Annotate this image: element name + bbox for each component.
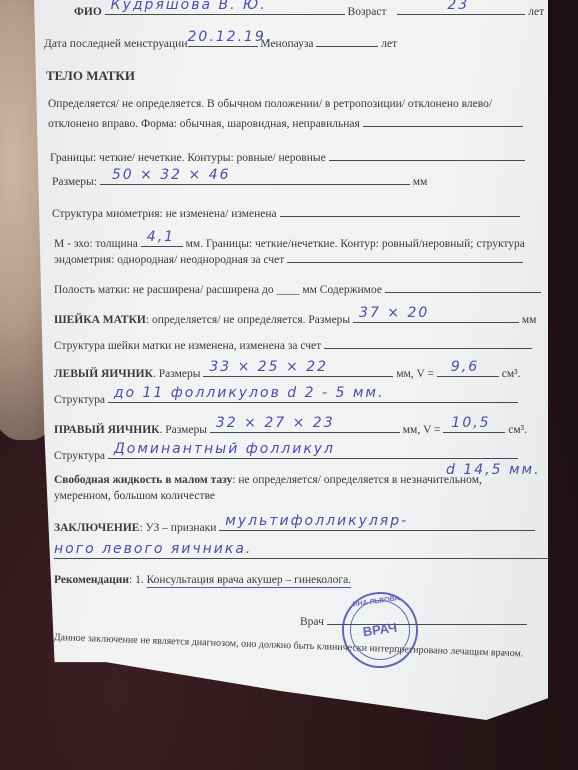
left-ovary-volume-value: 9,6 (451, 359, 479, 375)
uterus-borders-row: Границы: четкие/ нечеткие. Контуры: ровн… (50, 148, 548, 164)
menopause-unit: лет (381, 38, 397, 50)
conclusion-row2: ного левого яичника. (54, 546, 548, 562)
conclusion-label: ЗАКЛЮЧЕНИЕ (54, 522, 139, 534)
cavity-text: Полость матки: не расширена/ расширена д… (54, 284, 382, 296)
uterus-borders-text: Границы: четкие/ нечеткие. Контуры: ровн… (50, 152, 326, 164)
conclusion-field[interactable]: мультифолликуляр- (219, 518, 535, 531)
uterus-position-line1: Определяется/ не определяется. В обычном… (48, 98, 548, 110)
uterus-size-label: Размеры: (52, 176, 97, 188)
disclaimer: Данное заключение не является диагнозом,… (54, 632, 548, 660)
left-ovary-row: ЛЕВЫЙ ЯИЧНИК. Размеры 33 × 25 × 22 мм, V… (54, 364, 548, 380)
m-echo-value: 4,1 (147, 229, 175, 245)
right-ovary-structure-row: Структура Доминантный фолликул (54, 446, 548, 462)
right-ovary-title: ПРАВЫЙ ЯИЧНИК (54, 424, 160, 436)
cavity-row: Полость матки: не расширена/ расширена д… (54, 280, 548, 296)
uterus-size-unit: мм (413, 176, 428, 188)
endometrium-row: эндометрия: однородная/ неоднородная за … (54, 250, 548, 266)
age-field[interactable]: 23 (397, 2, 525, 15)
free-fluid-row2: умеренном, большом количестве (54, 490, 548, 502)
fio-field[interactable]: Кудряшова В. Ю. (105, 2, 345, 15)
fio-row: ФИО Кудряшова В. Ю. Возраст 23 лет (74, 2, 548, 18)
uterus-borders-field[interactable] (329, 148, 525, 161)
uterus-position-line2-text: отклонено вправо. Форма: обычная, шарови… (48, 118, 360, 130)
endometrium-field[interactable] (287, 250, 523, 263)
age-value: 23 (447, 0, 469, 13)
left-ovary-size-label: . Размеры (153, 368, 201, 380)
conclusion-value2: ного левого яичника. (54, 541, 252, 557)
recommendations-value: Консультация врача акушер – гинеколога. (147, 574, 351, 588)
right-ovary-structure-label: Структура (54, 450, 105, 462)
menopause-field[interactable] (316, 34, 378, 47)
right-ovary-size-field[interactable]: 32 × 27 × 23 (210, 420, 400, 433)
cervix-structure-row: Структура шейки матки не изменена, измен… (54, 336, 548, 352)
uterus-size-row: Размеры: 50 × 32 × 46 мм (52, 172, 548, 188)
left-ovary-size-field[interactable]: 33 × 25 × 22 (203, 364, 393, 377)
doctor-row: Врач (300, 612, 548, 628)
left-ovary-size-value: 33 × 25 × 22 (209, 359, 328, 375)
free-fluid-label: Свободная жидкость в малом тазу (54, 474, 232, 486)
left-ovary-structure-value: до 11 фолликулов d 2 - 5 мм. (114, 385, 385, 401)
left-ovary-volume-field[interactable]: 9,6 (437, 364, 499, 377)
cervix-size-field[interactable]: 37 × 20 (353, 310, 519, 323)
m-echo-field[interactable]: 4,1 (141, 234, 183, 247)
cavity-contents-field[interactable] (385, 280, 541, 293)
left-ovary-size-unit: мм, V = (396, 368, 434, 380)
age-unit: лет (528, 6, 544, 18)
lmp-value: 20.12.19, (188, 29, 273, 45)
fio-value: Кудряшова В. Ю. (111, 0, 267, 13)
left-ovary-structure-field[interactable]: до 11 фолликулов d 2 - 5 мм. (108, 390, 518, 403)
uterus-section-title: ТЕЛО МАТКИ (46, 68, 548, 84)
lmp-row: Дата последней менструации20.12.19, Мено… (44, 34, 548, 50)
uterus-size-value: 50 × 32 × 46 (112, 167, 231, 183)
cervix-structure-text: Структура шейки матки не изменена, измен… (54, 340, 321, 352)
m-echo-row: М - эхо: толщина 4,1 мм. Границы: четкие… (54, 234, 548, 250)
right-ovary-structure-value: Доминантный фолликул (114, 441, 335, 457)
myometrium-row: Структура миометрия: не изменена/ измене… (52, 204, 548, 220)
conclusion-text: : УЗ – признаки (139, 522, 216, 534)
uterus-size-field[interactable]: 50 × 32 × 46 (100, 172, 410, 185)
endometrium-text: эндометрия: однородная/ неоднородная за … (54, 254, 284, 266)
right-ovary-size-label: . Размеры (160, 424, 208, 436)
left-ovary-volume-unit: см³. (502, 368, 521, 380)
right-ovary-size-unit: мм, V = (403, 424, 441, 436)
recommendations-label: Рекомендации (54, 574, 129, 586)
cervix-size-unit: мм (522, 314, 537, 326)
myometrium-text: Структура миометрия: не изменена/ измене… (52, 208, 277, 220)
m-echo-prefix: М - эхо: толщина (54, 238, 138, 250)
free-fluid-row: Свободная жидкость в малом тазу: не опре… (54, 474, 548, 486)
left-ovary-title: ЛЕВЫЙ ЯИЧНИК (54, 368, 153, 380)
cervix-row: ШЕЙКА МАТКИ: определяется/ не определяет… (54, 310, 548, 326)
age-label: Возраст (348, 6, 387, 18)
conclusion-row: ЗАКЛЮЧЕНИЕ: УЗ – признаки мультифолликул… (54, 518, 548, 534)
uterus-position-line2: отклонено вправо. Форма: обычная, шарови… (48, 114, 548, 130)
cervix-size-value: 37 × 20 (359, 305, 429, 321)
conclusion-value1: мультифолликуляр- (225, 513, 408, 529)
recommendations-row: Рекомендации: 1. Консультация врача акуш… (54, 574, 548, 586)
recommendations-text: : 1. (129, 574, 147, 586)
m-echo-suffix: мм. Границы: четкие/нечеткие. Контур: ро… (186, 238, 525, 250)
right-ovary-volume-unit: см³. (508, 424, 527, 436)
lmp-field[interactable]: 20.12.19, (188, 34, 258, 47)
right-ovary-volume-field[interactable]: 10,5 (443, 420, 505, 433)
uterus-form-field[interactable] (363, 114, 523, 127)
conclusion-field2[interactable]: ного левого яичника. (54, 546, 554, 559)
right-ovary-row: ПРАВЫЙ ЯИЧНИК. Размеры 32 × 27 × 23 мм, … (54, 420, 548, 436)
right-ovary-size-value: 32 × 27 × 23 (216, 415, 335, 431)
cervix-text: : определяется/ не определяется. Размеры (146, 314, 350, 326)
fio-label: ФИО (74, 6, 102, 18)
myometrium-field[interactable] (280, 204, 520, 217)
doctor-label: Врач (300, 616, 324, 628)
right-ovary-structure-field[interactable]: Доминантный фолликул (108, 446, 518, 459)
ultrasound-report-form: ФИО Кудряшова В. Ю. Возраст 23 лет Дата … (34, 0, 548, 720)
left-ovary-structure-label: Структура (54, 394, 105, 406)
right-ovary-volume-value: 10,5 (451, 415, 490, 431)
cervix-title: ШЕЙКА МАТКИ (54, 314, 146, 326)
left-ovary-structure-row: Структура до 11 фолликулов d 2 - 5 мм. (54, 390, 548, 406)
free-fluid-text: : не определяется/ определяется в незнач… (232, 474, 482, 486)
lmp-label: Дата последней менструации (44, 38, 188, 50)
cervix-structure-field[interactable] (324, 336, 532, 349)
